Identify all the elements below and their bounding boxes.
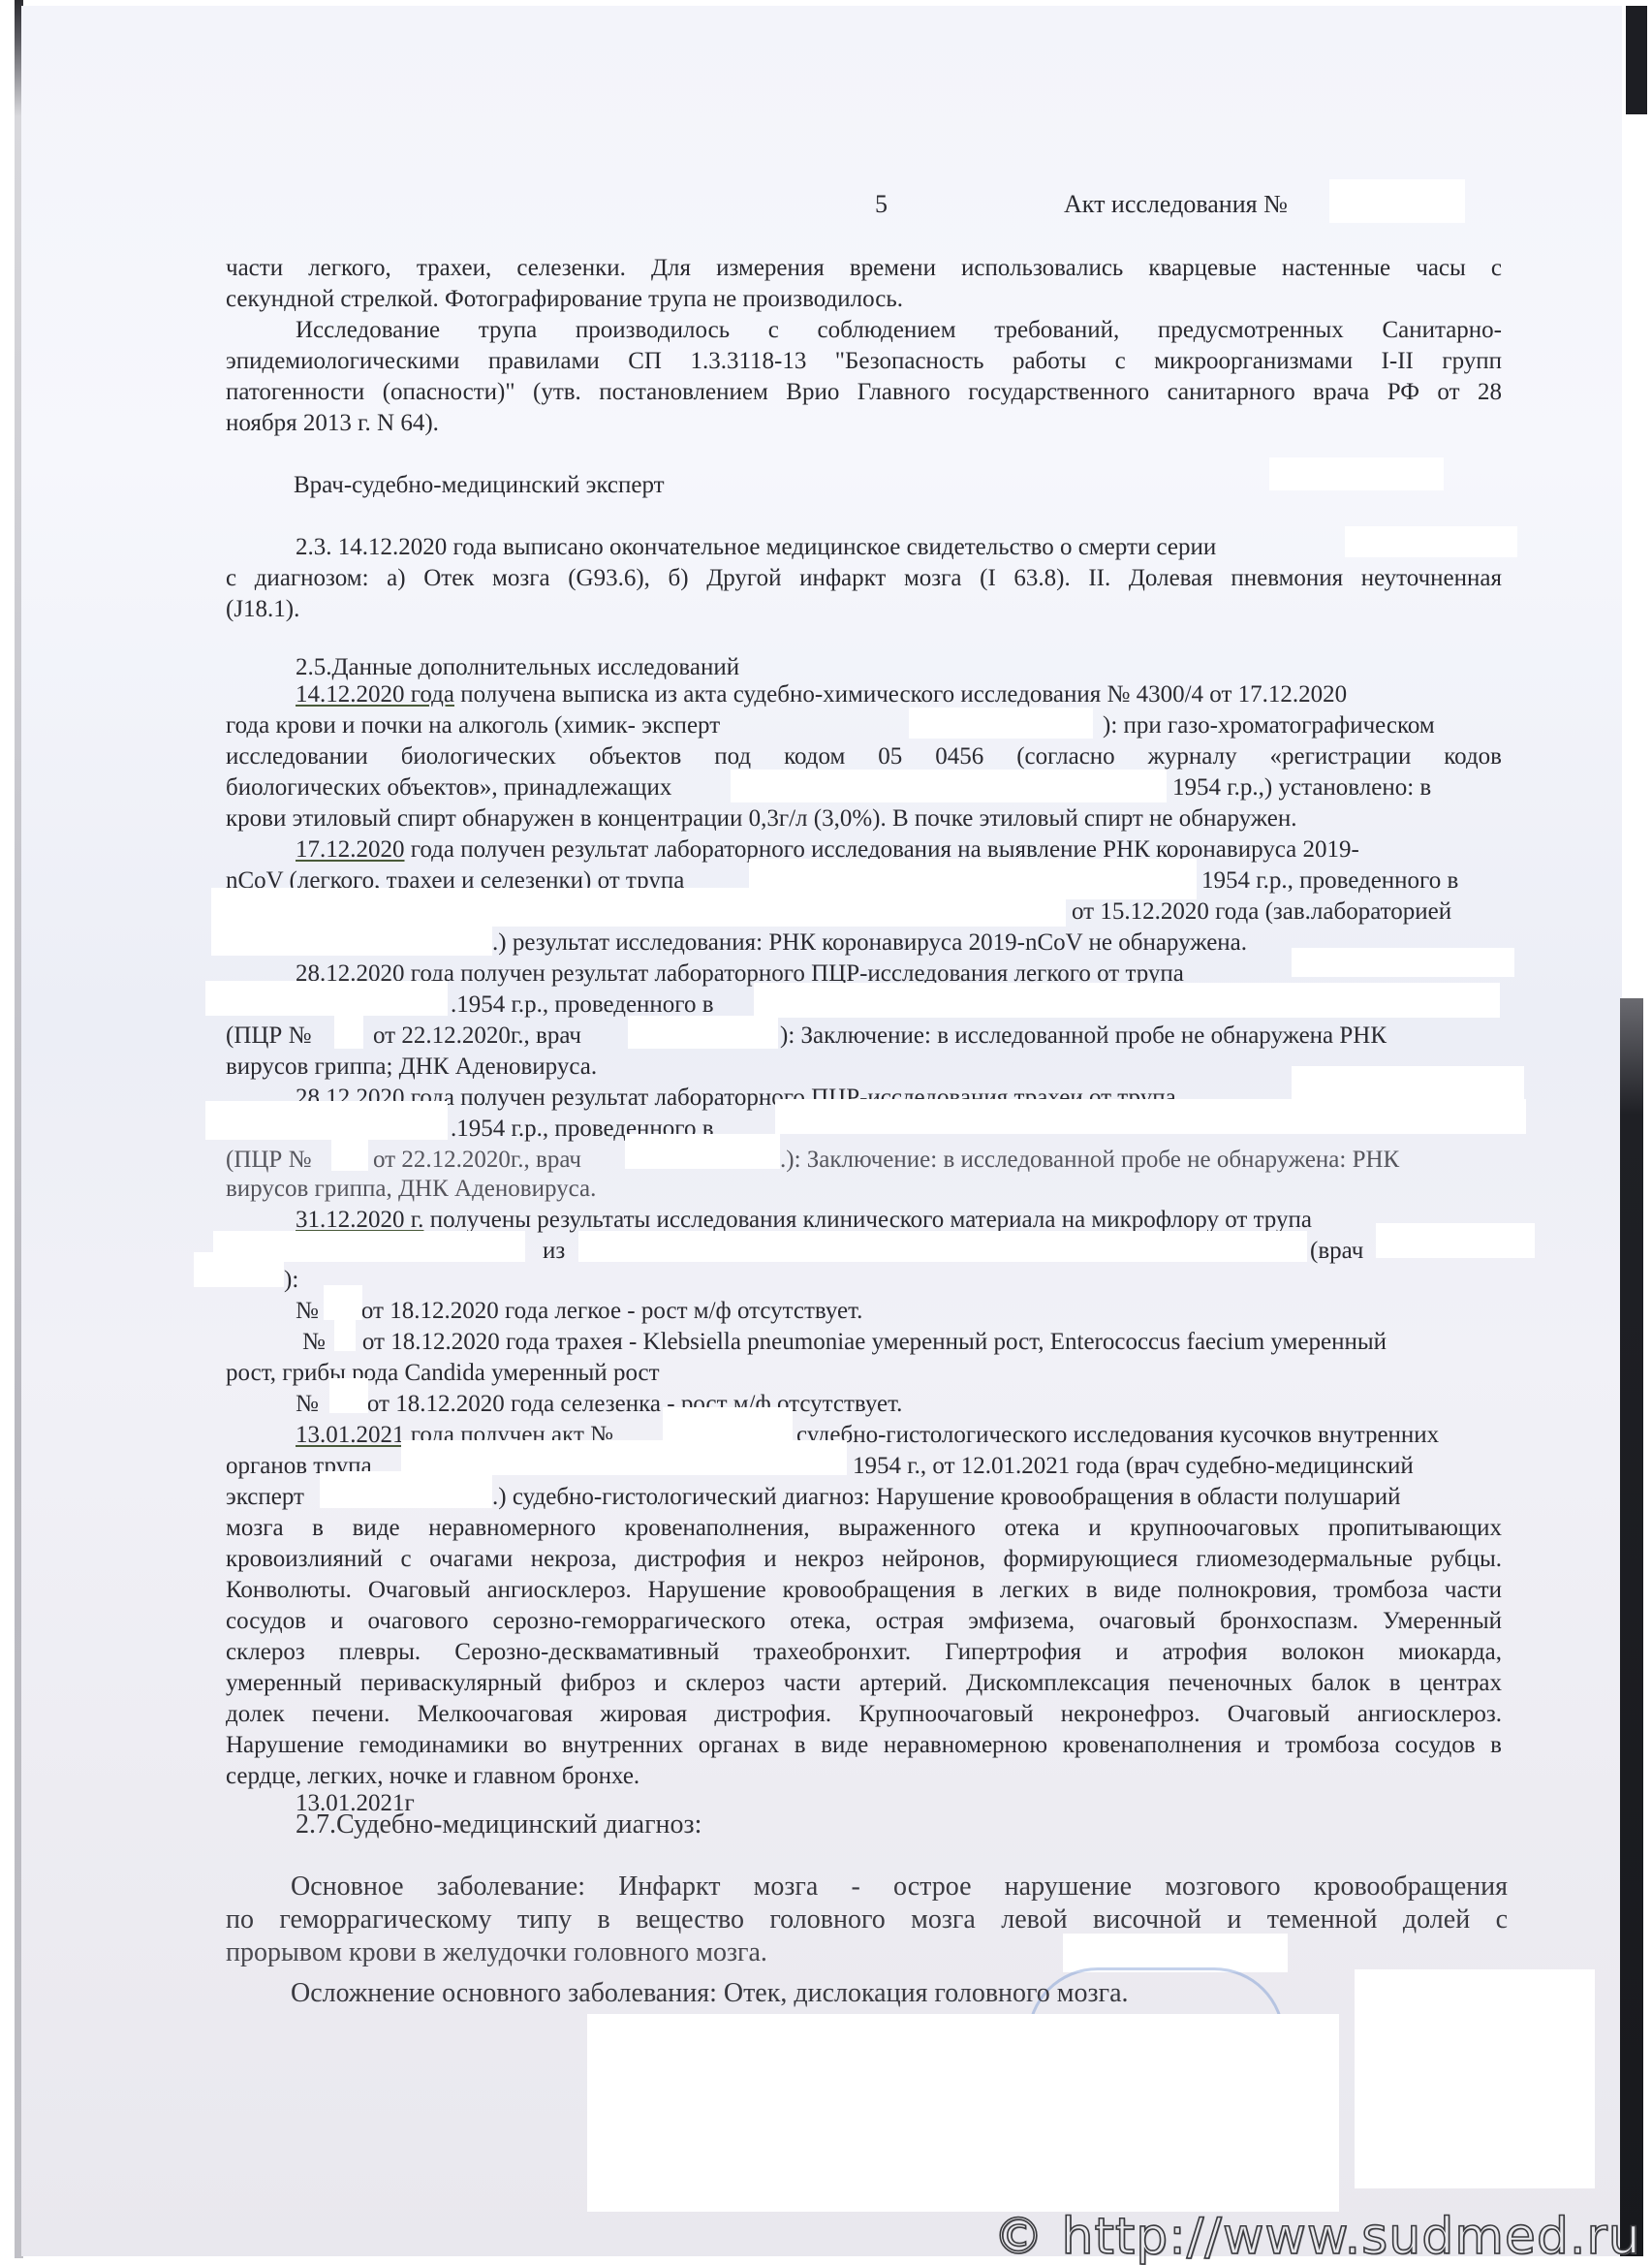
complication-line: Осложнение основного заболевания: Отек, … [291,1977,1129,2010]
histology-text-line: сердце, легких, ночке и главном бронхе. [226,1762,639,1791]
redacted-doctor [625,1134,780,1169]
section-2-5-title: 2.5.Данные дополнительных исследований [296,653,739,682]
covid-date: 17.12.2020 [296,836,405,863]
number-sign: № [296,1298,319,1324]
redacted-pcr-number [331,1138,368,1171]
chem-line-4a: биологических объектов», принадлежащих [226,773,671,802]
redacted-pcr-number [334,1016,363,1049]
redacted-name [1292,948,1514,977]
pcr-trachea-line-4: вирусов гриппа, ДНК Аденовируса. [226,1175,596,1204]
section-2-3-line-3: (J18.1). [226,595,299,624]
histology-text-line: мозга в виде неравномерного кровенаполне… [226,1514,1502,1543]
microflora-line-3: ): [284,1266,298,1295]
histology-text-line: склероз плевры. Серозно-десквамативный т… [226,1638,1502,1667]
redacted-sample-number [324,1285,362,1320]
redacted-stamp-area-right [1355,1969,1595,2188]
redacted-doctor [1376,1223,1535,1258]
histology-text-line: Конволюты. Очаговый ангиосклероз. Наруше… [226,1576,1502,1605]
intro-line-2: секундной стрелкой. Фотографирование тру… [226,285,903,314]
chem-text: получена выписка из акта судебно-химичес… [454,681,1347,708]
chem-line-4b: 1954 г.р.,) установлено: в [1172,773,1431,802]
redacted-expert [320,1471,492,1508]
microflora-result-2: №от 18.12.2020 года трахея - Klebsiella … [302,1328,1387,1357]
chem-line-1: 14.12.2020 года получена выписка из акта… [296,680,1347,709]
redacted-doctor [628,1016,778,1049]
pcr-lung-line-3a: (ПЦР № [226,1022,311,1051]
redacted-birthdate [205,981,448,1016]
redacted-lab [754,983,1500,1018]
intro-line-5: патогенности (опасности)" (утв. постанов… [226,378,1502,407]
pcr-trachea-line-3b: от 22.12.2020г., врач [373,1146,581,1175]
microflora-text: получены результаты исследования клиниче… [423,1207,1312,1233]
number-sign: № [296,1391,319,1417]
pcr-lung-line-4: вирусов гриппа; ДНК Аденовируса. [226,1053,597,1082]
redacted-stamp-area [587,2014,1339,2212]
redacted-birthdate [205,1101,448,1140]
histology-line-3a: эксперт [226,1483,304,1512]
redacted-act-number [663,1407,793,1444]
main-disease-line-2: по геморрагическому типу в вещество голо… [226,1903,1508,1936]
chem-line-2b: ): при газо-хроматографическом [1103,711,1435,740]
histology-text-line: умеренный периваскулярный фиброз и склер… [226,1669,1502,1698]
histology-line-1b: судебно-гистологического исследования ку… [796,1421,1439,1450]
main-disease-line-3: прорывом крови в желудочки головного моз… [226,1936,767,1969]
covid-line-2b: 1954 г.р., проведенного в [1201,866,1458,896]
histology-line-3b: .) судебно-гистологический диагноз: Нару… [492,1483,1401,1512]
redacted-sample-number [329,1378,368,1413]
intro-line-6: ноября 2013 г. N 64). [226,409,439,438]
signature-label: Врач-судебно-медицинский эксперт [294,471,665,500]
scan-right-edge-top [1626,6,1647,114]
chem-line-2a: года крови и почки на алкоголь (химик- э… [226,711,720,740]
scan-right-edge [1620,998,1643,2256]
redacted-owner [731,770,1167,802]
pcr-trachea-line-3c: .): Заключение: в исследованной пробе не… [780,1146,1399,1175]
redacted-signature [1269,457,1444,490]
pcr-lung-line-3c: ): Заключение: в исследованной пробе не … [780,1022,1387,1051]
section-2-7-title: 2.7.Судебно-медицинский диагноз: [296,1809,701,1841]
redacted-certificate-series [1345,526,1517,557]
histology-text-line: долек печени. Мелкоочаговая жировая дист… [226,1700,1502,1729]
pcr-trachea-line-3a: (ПЦР № [226,1146,311,1175]
pcr-lung-line-3b: от 22.12.2020г., врач [373,1022,581,1051]
microflora-result-2-cont: рост, грибы рода Candida умеренный рост [226,1359,660,1388]
intro-line-3: Исследование трупа производилось с соблю… [296,316,1502,345]
intro-line-1: части легкого, трахеи, селезенки. Для из… [226,254,1502,283]
intro-line-4: эпидемиологическими правилами СП 1.3.311… [226,347,1502,376]
act-title: Акт исследования № [1064,190,1288,219]
chem-line-3: исследовании биологических объектов под … [226,742,1502,771]
redacted-institution [578,1231,1307,1262]
covid-line-4b: .) результат исследования: РНК коронавир… [492,928,1247,958]
microflora-line-2b: (врач [1310,1237,1363,1266]
redacted-name [1292,1066,1524,1101]
redacted-act-number [1329,179,1465,223]
redacted-doctor-cont [194,1252,284,1287]
histology-line-2b: 1954 г., от 12.01.2021 года (врач судебн… [853,1452,1414,1481]
histology-text-line: Нарушение гемодинамики во внутренних орг… [226,1731,1502,1760]
histology-text-line: сосудов и очагового серозно-геморрагичес… [226,1607,1502,1636]
site-watermark: © http://www.sudmed.ru [993,2208,1641,2265]
section-2-3-line-2: с диагнозом: а) Отек мозга (G93.6), б) Д… [226,564,1502,593]
redacted-signature [1063,1934,1288,1972]
result-text: от 18.12.2020 года трахея - Klebsiella p… [362,1329,1387,1355]
page-number: 5 [875,190,888,219]
result-text: от 18.12.2020 года селезенка - рост м/ф … [367,1391,903,1417]
histology-text-line: кровоизлияний с очагами некроза, дистроф… [226,1545,1502,1574]
covid-line-3b: от 15.12.2020 года (зав.лабораторией [1072,897,1451,927]
microflora-line-2a: из [543,1237,565,1266]
number-sign: № [302,1329,326,1355]
redacted-chemist [909,708,1093,739]
chem-line-5: крови этиловый спирт обнаружен в концент… [226,804,1296,834]
microflora-date: 31.12.2020 г. [296,1207,423,1233]
redacted-name [401,1440,847,1475]
redacted-lab [775,1099,1526,1134]
microflora-result-1: №от 18.12.2020 года легкое - рост м/ф от… [296,1297,862,1326]
microflora-result-3: №от 18.12.2020 года селезенка - рост м/ф… [296,1390,902,1419]
chem-date: 14.12.2020 года [296,681,454,708]
section-2-3-line-1: 2.3. 14.12.2020 года выписано окончатель… [296,533,1216,562]
redacted-sample-number [334,1318,356,1351]
result-text: от 18.12.2020 года легкое - рост м/ф отс… [361,1298,863,1324]
main-disease-line-1: Основное заболевание: Инфаркт мозга - ос… [291,1871,1508,1903]
redacted-lab-head [211,921,492,956]
